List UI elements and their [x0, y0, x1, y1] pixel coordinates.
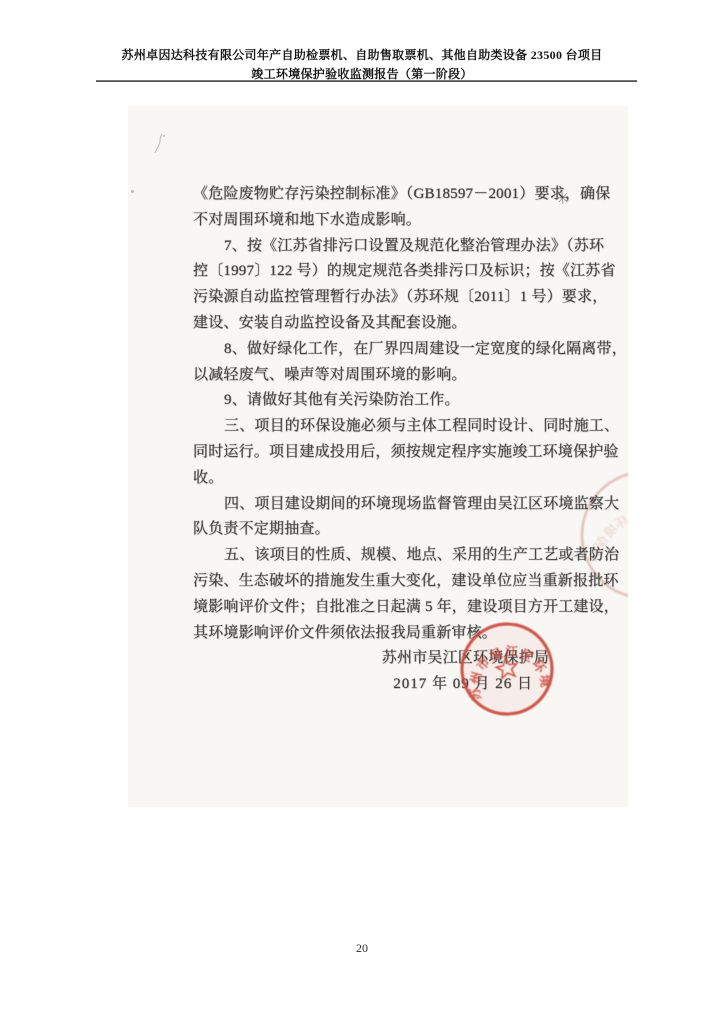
- scan-artifact-dot: [131, 190, 134, 193]
- scanned-document: 苏州市吴江区环境保护局 《危险废物贮存污染控制标准》（GB18597－2001）…: [128, 106, 628, 807]
- document-line: 污染源自动监控管理暂行办法》（苏环规〔2011〕1 号）要求，: [193, 285, 571, 311]
- report-title: 苏州卓因达科技有限公司年产自助检票机、自助售取票机、其他自助类设备 23500 …: [0, 46, 724, 84]
- document-line: 8、做好绿化工作，在厂界四周建设一定宽度的绿化隔离带，: [193, 337, 571, 363]
- document-line: 控〔1997〕122 号）的规定规范各类排污口及标识；按《江苏省: [193, 259, 571, 285]
- document-line: 收。: [193, 466, 571, 492]
- report-title-line1: 苏州卓因达科技有限公司年产自助检票机、自助售取票机、其他自助类设备 23500 …: [0, 46, 724, 65]
- document-line: 五、该项目的性质、规模、地点、采用的生产工艺或者防治: [193, 543, 571, 569]
- document-line: 同时运行。项目建成投用后，须按规定程序实施竣工环境保护验: [193, 440, 571, 466]
- document-line: 污染、生态破坏的措施发生重大变化，建设单位应当重新报批环: [193, 569, 571, 595]
- document-line: 三、项目的环保设施必须与主体工程同时设计、同时施工、: [193, 414, 571, 440]
- document-line: 不对周围环境和地下水造成影响。: [193, 208, 571, 234]
- header-divider: [96, 80, 637, 82]
- scan-artifact-smudge: [152, 132, 170, 156]
- document-line: 队负责不定期抽查。: [193, 517, 571, 543]
- official-seal-stamp: 苏州市吴江区环境保护局: [455, 617, 559, 721]
- document-line: 建设、安装自动监控设备及其配套设施。: [193, 311, 571, 337]
- document-line: 《危险废物贮存污染控制标准》（GB18597－2001）要求，确保: [193, 182, 571, 208]
- page-number: 20: [0, 941, 724, 956]
- document-line: 9、请做好其他有关污染防治工作。: [193, 388, 571, 414]
- document-line: 7、按《江苏省排污口设置及规范化整治管理办法》（苏环: [193, 234, 571, 260]
- document-line: 四、项目建设期间的环境现场监督管理由吴江区环境监察大: [193, 492, 571, 518]
- document-line: 以减轻废气、噪声等对周围环境的影响。: [193, 363, 571, 389]
